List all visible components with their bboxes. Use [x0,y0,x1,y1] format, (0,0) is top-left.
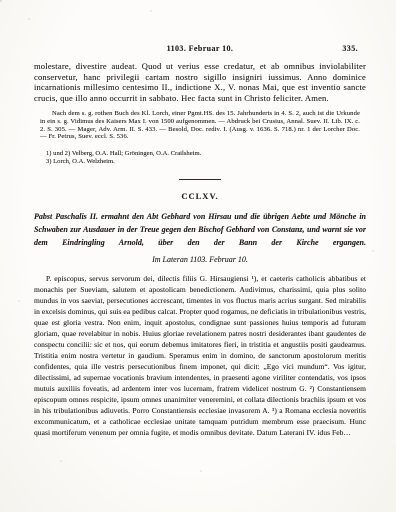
footnote-3: 3) Lorch, O.A. Welzheim. [34,158,366,166]
charter-abstract: Pabst Paschalis II. ermahnt den Abt Gebh… [34,210,366,249]
previous-charter-continuation-text: molestare, divestire audeat. Quod ut ver… [34,61,366,103]
footnote-1-2: 1) und 2) Velberg, O.A. Hall; Gröningen,… [34,150,366,158]
charter-dateline: Im Lateran 1103. Februar 10. [34,255,366,265]
scanned-book-page: 1103. Februar 10. 335. molestare, divest… [0,0,396,512]
running-head-date: 1103. Februar 10. [167,44,234,53]
running-head: 1103. Februar 10. 335. [34,44,366,54]
charter-body-text: P. episcopus, servus servorum dei, dilec… [34,273,366,438]
footnotes-block: 1) und 2) Velberg, O.A. Hall; Gröningen,… [34,150,366,166]
charter-number-heading: CCLXV. [34,192,366,201]
section-divider-rule [179,179,221,180]
page-number: 335. [342,44,358,54]
source-provenance-note: Nach dem s. g. rothen Buch des Kl. Lorch… [40,110,360,141]
